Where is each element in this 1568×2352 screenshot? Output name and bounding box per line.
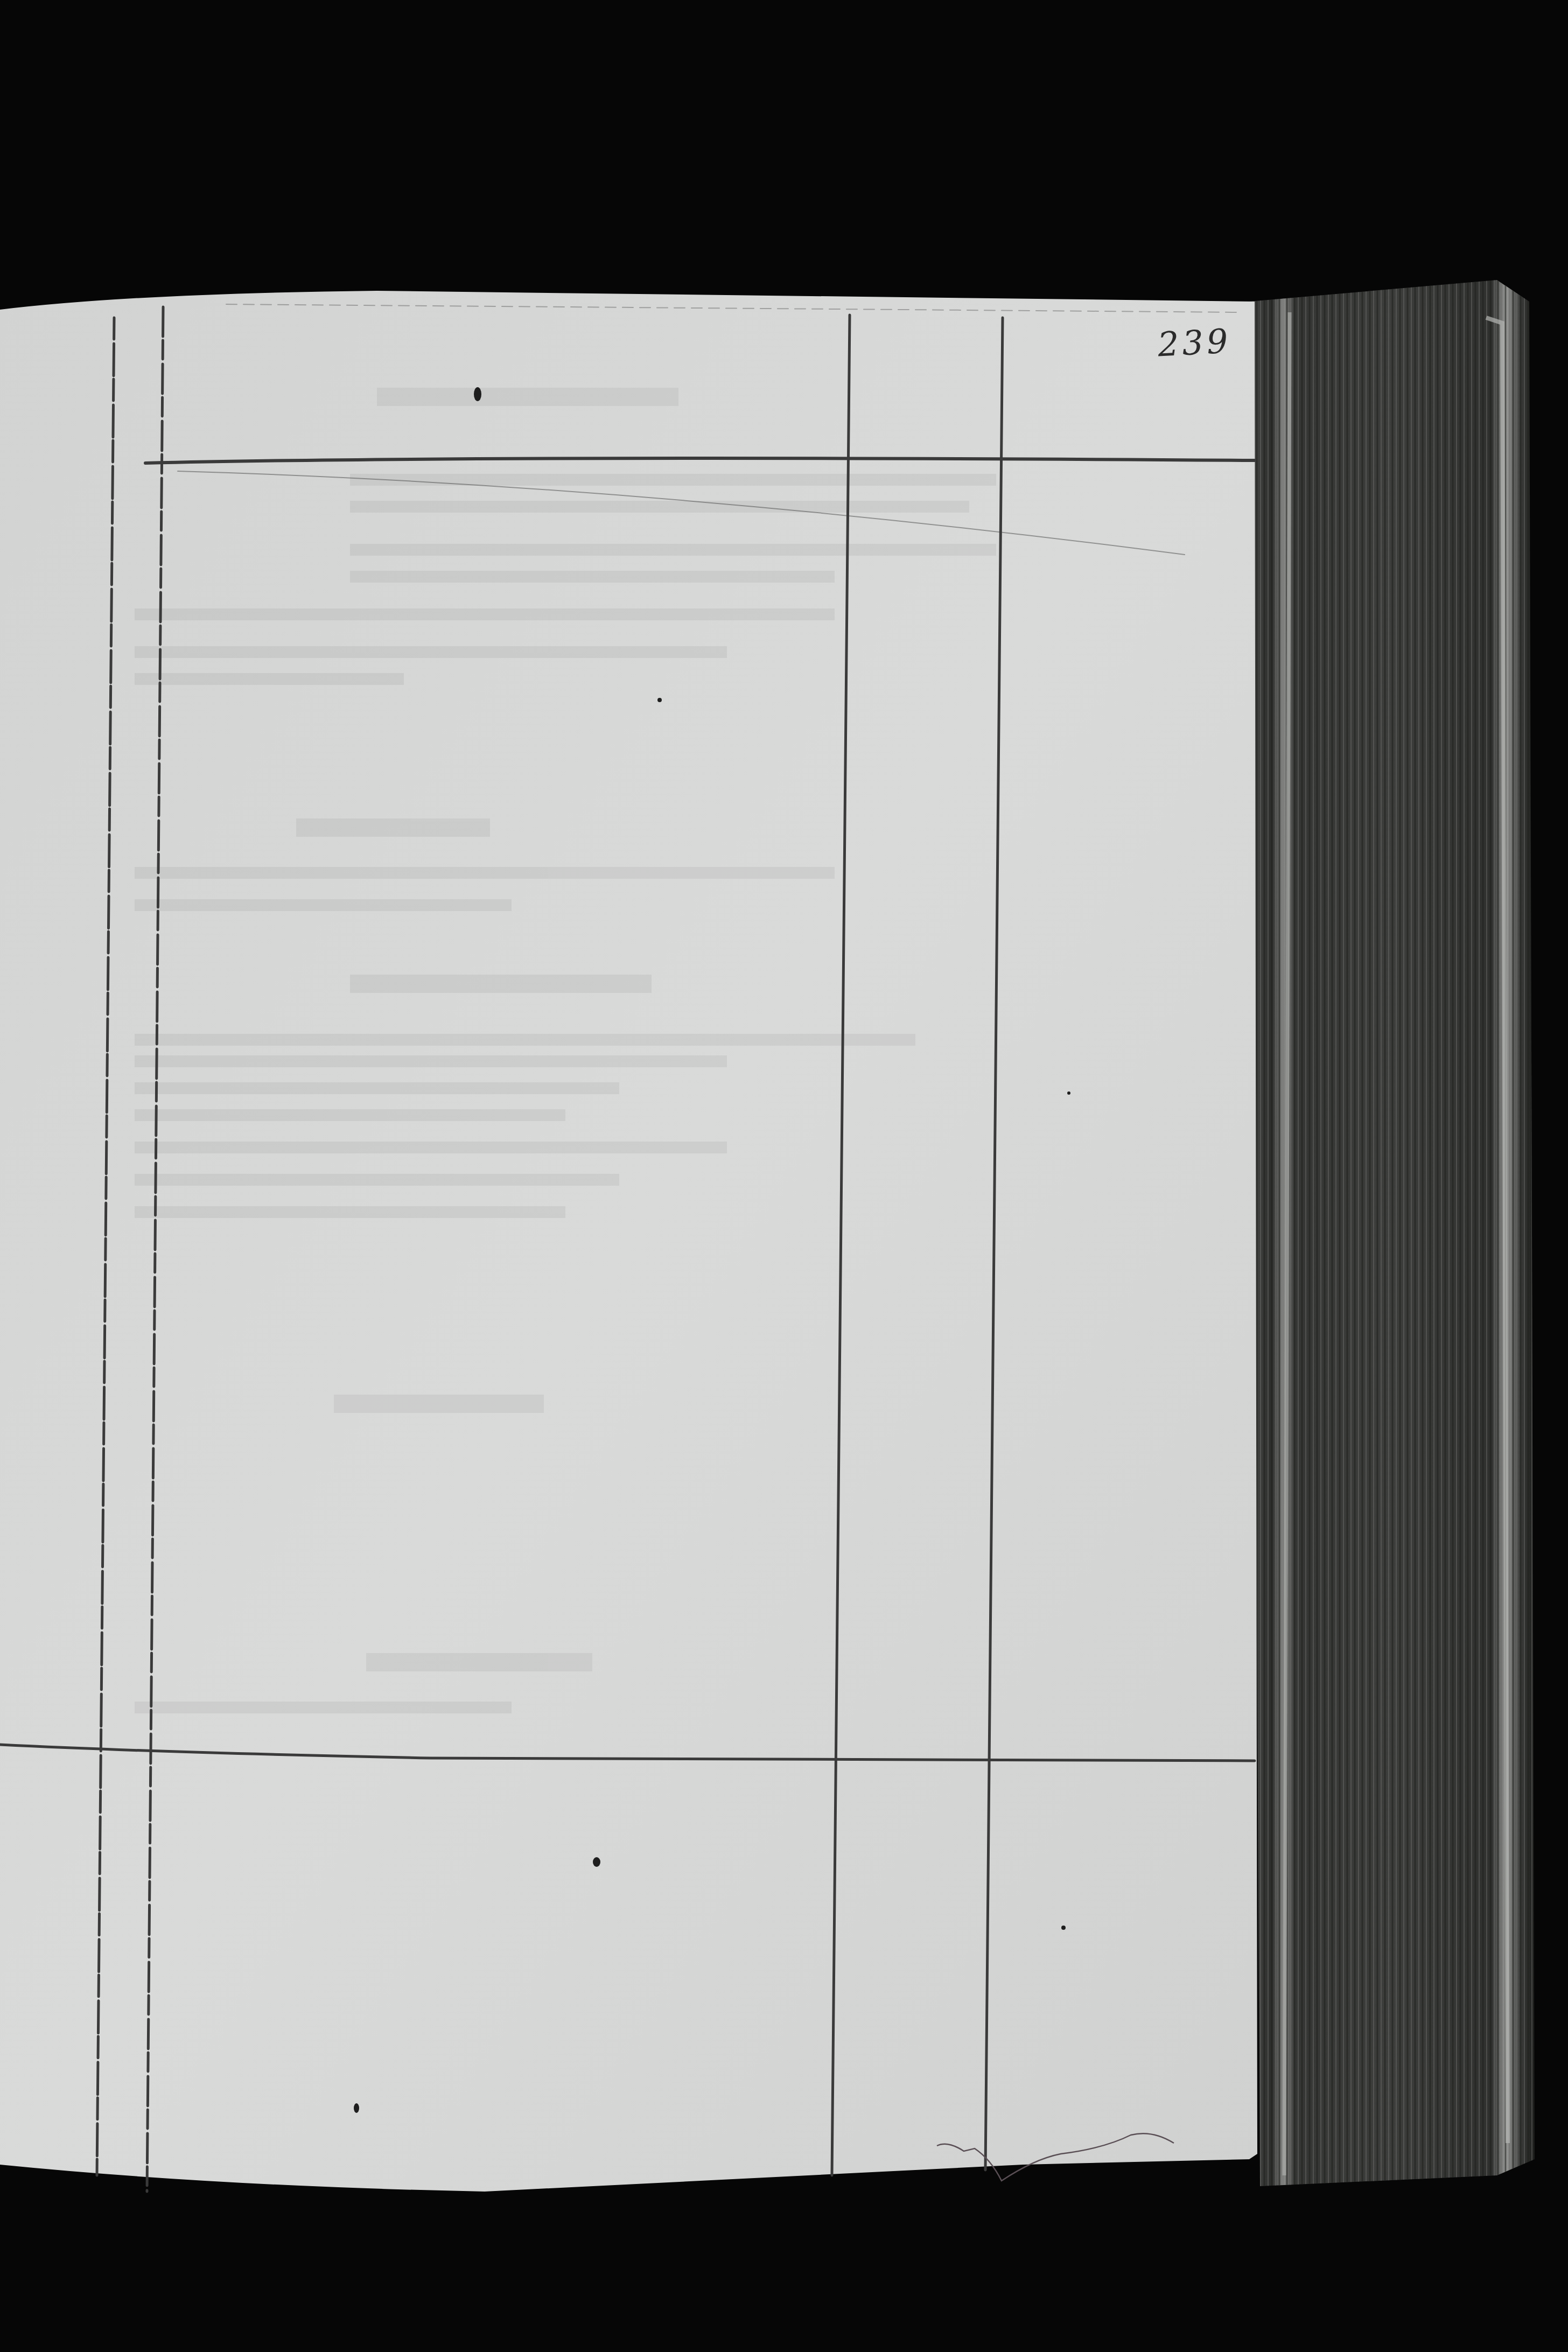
ledger-page-illustration bbox=[0, 0, 1568, 2352]
page-number: 239 bbox=[1157, 321, 1232, 364]
page-block-edge bbox=[1249, 280, 1535, 2186]
scan-scene: 239 bbox=[0, 0, 1568, 2352]
